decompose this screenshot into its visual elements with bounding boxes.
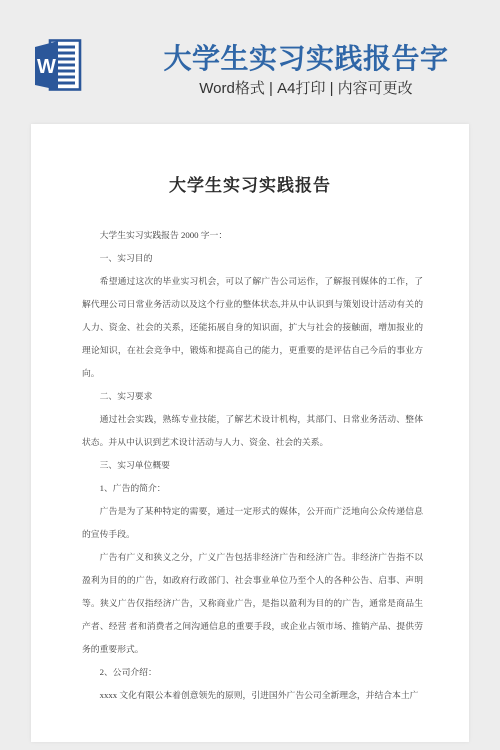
header: W 大学生实习实践报告字 Word格式 | A4打印 | 内容可更改 — [0, 0, 500, 124]
format-subtitle: Word格式 | A4打印 | 内容可更改 — [112, 79, 500, 99]
paragraph: 2、公司介绍： — [82, 661, 423, 684]
paragraph: 三、实习单位概要 — [82, 454, 423, 477]
page-title: 大学生实习实践报告字 — [112, 42, 500, 76]
paragraph: 1、广告的简介： — [82, 477, 423, 500]
paragraph: 二、实习要求 — [82, 385, 423, 408]
paragraph: 大学生实习实践报告 2000 字一： — [82, 224, 423, 247]
paragraph: xxxx 文化有限公本着创意领先的原则，引进国外广告公司全新理念，并结合本土广 — [82, 684, 423, 707]
document-title: 大学生实习实践报告 — [31, 176, 469, 196]
paragraph: 希望通过这次的毕业实习机会，可以了解广告公司运作，了解报刊媒体的工作，了解代理公… — [82, 270, 423, 385]
svg-text:W: W — [37, 56, 56, 78]
paragraph: 广告是为了某种特定的需要，通过一定形式的媒体，公开而广泛地向公众传递信息的宣传手… — [82, 500, 423, 546]
document-preview-page: 大学生实习实践报告 大学生实习实践报告 2000 字一： 一、实习目的 希望通过… — [31, 124, 469, 742]
document-body: 大学生实习实践报告 2000 字一： 一、实习目的 希望通过这次的毕业实习机会，… — [31, 224, 469, 707]
paragraph: 广告有广义和狭义之分，广义广告包括非经济广告和经济广告。非经济广告指不以盈利为目… — [82, 546, 423, 661]
paragraph: 通过社会实践，熟练专业技能，了解艺术设计机构，其部门、日常业务活动、整体状态。并… — [82, 408, 423, 454]
paragraph: 一、实习目的 — [82, 247, 423, 270]
word-file-icon: W — [31, 37, 83, 93]
